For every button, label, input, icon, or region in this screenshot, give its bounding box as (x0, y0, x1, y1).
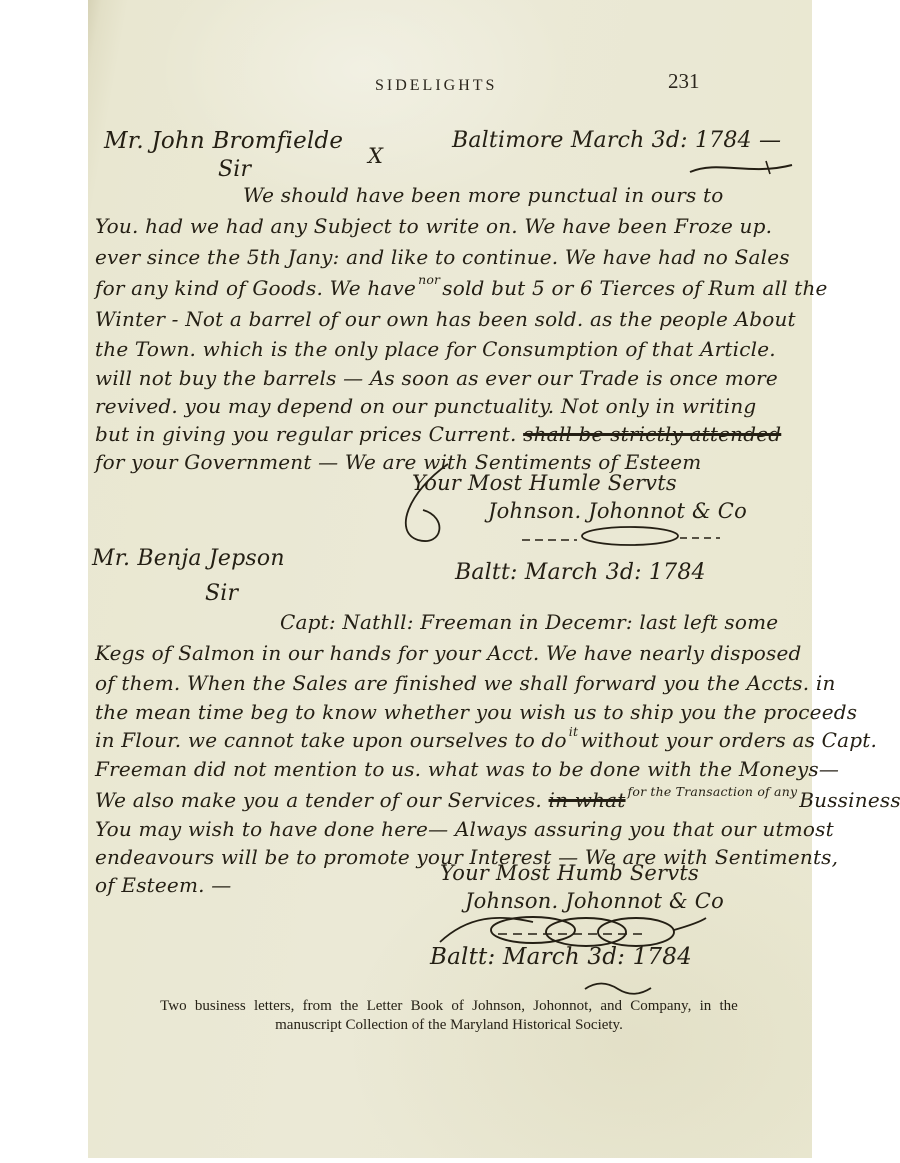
letter2-dateline: Baltt: March 3d: 1784 (455, 560, 706, 585)
letter1-body-line: Winter - Not a barrel of our own has bee… (95, 307, 796, 331)
letter2-dateline-flourish (583, 980, 653, 996)
annotation-x-mark: X (368, 144, 383, 168)
caption-line: Two business letters, from the Letter Bo… (96, 997, 802, 1016)
running-head-title: SIDELIGHTS (375, 77, 497, 95)
letter1-dateline: Baltimore March 3d: 1784 — (452, 128, 781, 153)
letter1-body-line: We should have been more punctual in our… (243, 183, 724, 207)
letter2-body-line: in Flour. we cannot take upon ourselves … (95, 728, 877, 752)
letter1-recipient: Mr. John Bromfielde (104, 128, 343, 154)
letter1-body-line-segment: sold but 5 or 6 Tierces of Rum all the (442, 276, 827, 300)
letter1-body-line: but in giving you regular prices Current… (95, 422, 781, 446)
letter2-body-line: You may wish to have done here— Always a… (95, 817, 834, 841)
letter2-closing: Your Most Humb Servts (440, 861, 699, 885)
letter1-signature-flourish (520, 524, 730, 550)
letter1-struck-text: shall be strictly attended (523, 422, 781, 446)
letter2-body-line: of them. When the Sales are finished we … (95, 671, 836, 695)
letter2-struck-text: in what (549, 788, 626, 812)
letter2-body-line: the mean time beg to know whether you wi… (95, 700, 857, 724)
letter1-body-line: the Town. which is the only place for Co… (95, 337, 776, 361)
letter2-dateline-bottom: Baltt: March 3d: 1784 (430, 944, 692, 970)
caption-line: manuscript Collection of the Maryland Hi… (96, 1016, 802, 1035)
letter2-body-line: Kegs of Salmon in our hands for your Acc… (95, 641, 802, 665)
letter1-body-line: You. had we had any Subject to write on.… (95, 214, 772, 238)
letter2-salutation: Sir (205, 581, 238, 606)
letter1-dateline-flourish (688, 158, 798, 178)
letter1-body-line: revived. you may depend on our punctuali… (95, 394, 756, 418)
letter2-body-line: of Esteem. — (95, 873, 231, 897)
letter1-signature: Johnson. Johonnot & Co (488, 499, 747, 523)
letter2-body-line-segment: without your orders as Capt. (580, 728, 877, 752)
letter1-body-line: for any kind of Goods. We havenorsold bu… (95, 276, 828, 300)
letter1-body-line-segment: but in giving you regular prices Current… (95, 422, 523, 446)
scanned-book-page: SIDELIGHTS 231 Mr. John Bromfielde Sir X… (0, 0, 900, 1163)
letter2-body-line-segment: in Flour. we cannot take upon ourselves … (95, 728, 567, 752)
letter2-body-line: Capt: Nathll: Freeman in Decemr: last le… (280, 610, 778, 634)
letter1-salutation: Sir (218, 157, 251, 182)
letter1-body-line-segment: for any kind of Goods. We have (95, 276, 416, 300)
letter2-interline-insert: for the Transaction of any (628, 787, 798, 797)
letter2-body-line: Freeman did not mention to us. what was … (95, 757, 839, 781)
figure-caption: Two business letters, from the Letter Bo… (96, 997, 802, 1035)
page-surface: SIDELIGHTS 231 Mr. John Bromfielde Sir X… (88, 0, 812, 1158)
letter2-interline-insert: it (569, 727, 578, 737)
letter2-body-line-segment: We also make you a tender of our Service… (95, 788, 549, 812)
letter1-closing: Your Most Humle Servts (412, 471, 677, 495)
letter1-interline-insert: nor (418, 275, 440, 285)
letter1-body-line: will not buy the barrels — As soon as ev… (95, 366, 778, 390)
letter1-body-line: ever since the 5th Jany: and like to con… (95, 245, 790, 269)
letter2-recipient: Mr. Benja Jepson (92, 546, 285, 571)
page-number: 231 (668, 69, 700, 94)
letter2-body-line-segment: Bussiness at any time (799, 788, 900, 812)
letter2-body-line: We also make you a tender of our Service… (95, 788, 900, 812)
